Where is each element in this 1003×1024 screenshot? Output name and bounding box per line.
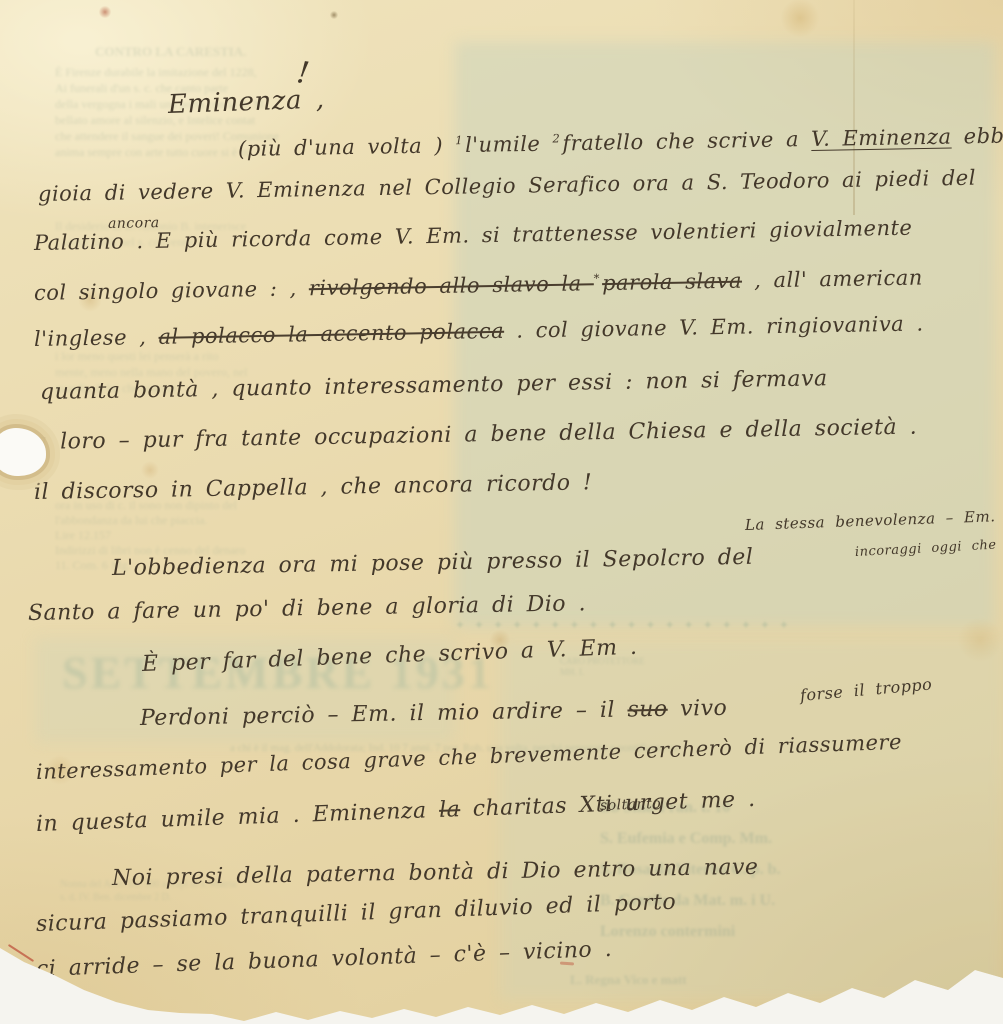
red-pencil-mark	[560, 962, 574, 966]
handwritten-line: sicura passiamo tranquilli il gran diluv…	[36, 890, 677, 937]
handwritten-segment: gioia di vedere V. Eminenza nel Collegio…	[38, 166, 976, 206]
handwritten-segment: a loro – pur fra tante occupazioni a ben…	[34, 415, 918, 455]
handwritten-line: a loro – pur fra tante occupazioni a ben…	[34, 415, 918, 455]
handwritten-line: Noi presi della paterna bontà di Dio ent…	[112, 855, 759, 891]
handwritten-segment-strike: rivolgendo allo slavo la	[309, 271, 594, 300]
handwritten-segment: La stessa benevolenza – Em.	[745, 507, 996, 534]
handwritten-line: forse il troppo	[799, 674, 933, 704]
handwritten-line: in questa umile mia . Eminenza la charit…	[36, 787, 756, 837]
handwritten-segment-strike: al polacco la accento polacca	[158, 319, 504, 349]
handwritten-line: Palatino . E più ricorda come V. Em. si …	[34, 216, 913, 255]
bleed-through-line: CONTRO LA CARESTIA.	[95, 44, 246, 60]
handwritten-segment: forse il troppo	[799, 674, 933, 704]
handwritten-line: L'obbedienza ora mi pose più presso il S…	[112, 545, 754, 581]
handwritten-segment: col singolo giovane : ,	[34, 276, 309, 305]
letter-page: CONTRO LA CARESTIA.È Firenze durabile la…	[0, 0, 1003, 1024]
handwritten-segment-strike: parola slava	[602, 269, 742, 295]
bleed-through-line: S. Eufemia e Comp. Mm.	[600, 823, 780, 854]
handwritten-line: interessamento per la cosa grave che bre…	[36, 730, 903, 784]
handwritten-segment-sup: *	[594, 271, 601, 285]
handwritten-line: È per far del bene che scrivo a V. Em .	[142, 635, 638, 677]
handwritten-segment: l'inglese ,	[34, 325, 159, 351]
handwritten-segment: Palatino . E più ricorda come V. Em. si …	[34, 216, 913, 255]
handwritten-segment-strike: suo	[627, 697, 668, 723]
handwritten-line: l'inglese , al polacco la accento polacc…	[34, 311, 924, 351]
handwritten-line: incoraggi oggi che	[855, 538, 997, 560]
handwritten-segment: . col giovane V. Em. ringiovaniva .	[504, 311, 924, 342]
handwritten-segment: incoraggi oggi che	[855, 538, 997, 560]
handwritten-line: Perdoni perciò – Em. il mio ardire – il …	[140, 696, 728, 731]
bleed-through-line: s. d. IV. Ben. dicembre 2 D.	[60, 891, 236, 904]
handwritten-line: il discorso in Cappella , che ancora ric…	[34, 470, 593, 505]
handwritten-segment: ci arride – se la buona volontà – c'è – …	[36, 937, 613, 982]
handwritten-segment: charitas Xti urget me .	[460, 787, 756, 822]
red-pencil-mark	[36, 984, 61, 994]
red-pencil-mark	[8, 944, 34, 962]
handwritten-line: (più d'una volta ) 1l'umile 2fratello ch…	[238, 123, 1003, 161]
handwritten-segment: interessamento per la cosa grave che bre…	[36, 730, 903, 784]
bleed-through-line: MH. I.	[560, 667, 645, 678]
handwritten-segment: quanta bontà , quanto interessamento per…	[40, 366, 828, 405]
bleed-through-line: l'abbondanza da lui che piaccia.	[55, 513, 245, 528]
ornament-row: ✦✦✦✦✦✦✦✦✦✦✦✦✦✦✦✦✦✦	[455, 618, 798, 633]
bleed-through-line: Lorenzo contermini	[600, 916, 780, 947]
bleed-through-line: L. Regna Vico e matt	[570, 972, 687, 987]
handwritten-segment: Santo a fare un po' di bene a gloria di …	[28, 591, 586, 626]
handwritten-segment: l'umile	[465, 132, 553, 158]
handwritten-segment: , all' american	[742, 265, 923, 292]
handwritten-segment-under: V. Eminenza	[811, 125, 952, 151]
handwritten-line: Santo a fare un po' di bene a gloria di …	[28, 591, 586, 626]
letter-scan: CONTRO LA CARESTIA.È Firenze durabile la…	[0, 0, 1003, 1024]
handwritten-segment: il discorso in Cappella , che ancora ric…	[34, 470, 593, 505]
handwritten-segment: Noi presi della paterna bontà di Dio ent…	[112, 855, 759, 891]
handwritten-segment: Eminenza ,	[167, 85, 325, 120]
handwritten-segment: (più d'una volta )	[238, 133, 456, 161]
handwritten-line: col singolo giovane : , rivolgendo allo …	[34, 265, 923, 305]
handwritten-segment-sup: 2	[552, 131, 560, 145]
handwritten-segment: in questa umile mia . Eminenza	[36, 798, 440, 837]
bleed-through-line: È Firenze durabile la imitazione del 122…	[55, 64, 279, 80]
bleed-through-line: Lire 12.157	[55, 528, 245, 543]
handwritten-line: ci arride – se la buona volontà – c'è – …	[36, 937, 613, 982]
handwritten-segment: Perdoni perciò – Em. il mio ardire – il	[140, 697, 628, 731]
bleed-through-text: L. Regna Vico e matt	[570, 972, 687, 987]
handwritten-segment: fratello che scrive a	[562, 127, 811, 155]
handwritten-line: gioia di vedere V. Eminenza nel Collegio…	[38, 166, 976, 206]
handwritten-segment-strike: la	[439, 797, 461, 823]
handwritten-segment-sup: 1	[455, 133, 463, 147]
handwritten-segment: È per far del bene che scrivo a V. Em .	[142, 635, 638, 677]
handwritten-line: La stessa benevolenza – Em.	[745, 507, 996, 534]
handwritten-line: quanta bontà , quanto interessamento per…	[40, 366, 828, 405]
handwritten-segment: L'obbedienza ora mi pose più presso il S…	[112, 545, 754, 581]
handwritten-segment: vivo	[667, 696, 727, 722]
bleed-through-line: i lor meno questi lei penserà a rito	[55, 348, 248, 364]
handwritten-line: Eminenza ,	[167, 85, 325, 120]
handwritten-segment: sicura passiamo tranquilli il gran diluv…	[36, 890, 677, 937]
bleed-through-text: CONTRO LA CARESTIA.	[95, 44, 246, 60]
handwritten-segment: ebbe la	[951, 123, 1003, 149]
